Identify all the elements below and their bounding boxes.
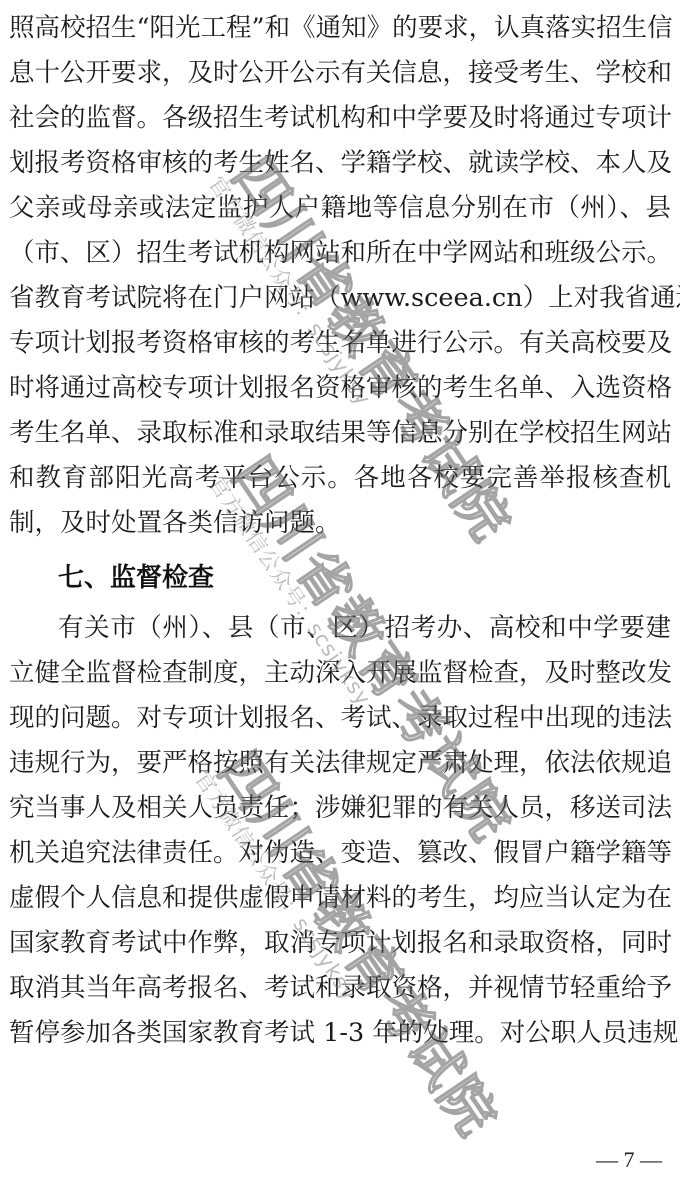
paragraph-line: 虚假个人信息和提供虚假申请材料的考生，均应当认定为在 — [9, 876, 671, 920]
paragraph-line: 照高校招生“阳光工程”和《通知》的要求，认真落实招生信 — [9, 6, 671, 50]
paragraph-line: 省教育考试院将在门户网站（www.sceea.cn）上对我省通过 — [9, 276, 671, 320]
paragraph-line: 专项计划报考资格审核的考生名单进行公示。有关高校要及 — [9, 321, 671, 365]
paragraph-line: 考生名单、录取标准和录取结果等信息分别在学校招生网站 — [9, 411, 671, 455]
paragraph-line: 机关追究法律责任。对伪造、变造、篡改、假冒户籍学籍等 — [9, 831, 671, 875]
document-page: 照高校招生“阳光工程”和《通知》的要求，认真落实招生信 息十公开要求，及时公开公… — [0, 0, 680, 1178]
paragraph-line: 划报考资格审核的考生姓名、学籍学校、就读学校、本人及 — [9, 141, 671, 185]
paragraph-line: （市、区）招生考试机构网站和所在中学网站和班级公示。 — [9, 231, 671, 275]
paragraph-line: 究当事人及相关人员责任；涉嫌犯罪的有关人员，移送司法 — [9, 786, 671, 830]
paragraph-line: 立健全监督检查制度，主动深入开展监督检查，及时整改发 — [9, 651, 671, 695]
paragraph-line: 暂停参加各类国家教育考试 1-3 年的处理。对公职人员违规 — [9, 1011, 671, 1055]
page-number: — 7 — — [596, 1148, 662, 1172]
paragraph-line: 社会的监督。各级招生考试机构和中学要及时将通过专项计 — [9, 96, 671, 140]
paragraph-line: 违规行为，要严格按照有关法律规定严肃处理，依法依规追 — [9, 741, 671, 785]
paragraph-line: 取消其当年高考报名、考试和录取资格，并视情节轻重给予 — [9, 966, 671, 1010]
paragraph-line: 现的问题。对专项计划报名、考试、录取过程中出现的违法 — [9, 696, 671, 740]
paragraph-line: 国家教育考试中作弊，取消专项计划报名和录取资格，同时 — [9, 921, 671, 965]
paragraph-line: 时将通过高校专项计划报名资格审核的考生名单、入选资格 — [9, 366, 671, 410]
paragraph-line: 父亲或母亲或法定监护人户籍地等信息分别在市（州）、县 — [9, 186, 671, 230]
paragraph-line: 制，及时处置各类信访问题。 — [9, 501, 671, 545]
paragraph-line: 息十公开要求，及时公开公示有关信息，接受考生、学校和 — [9, 51, 671, 95]
paragraph-line: 和教育部阳光高考平台公示。各地各校要完善举报核查机 — [9, 456, 671, 500]
paragraph-line: 有关市（州）、县（市、区）招考办、高校和中学要建 — [58, 606, 671, 650]
section-heading: 七、监督检查 — [58, 556, 214, 600]
